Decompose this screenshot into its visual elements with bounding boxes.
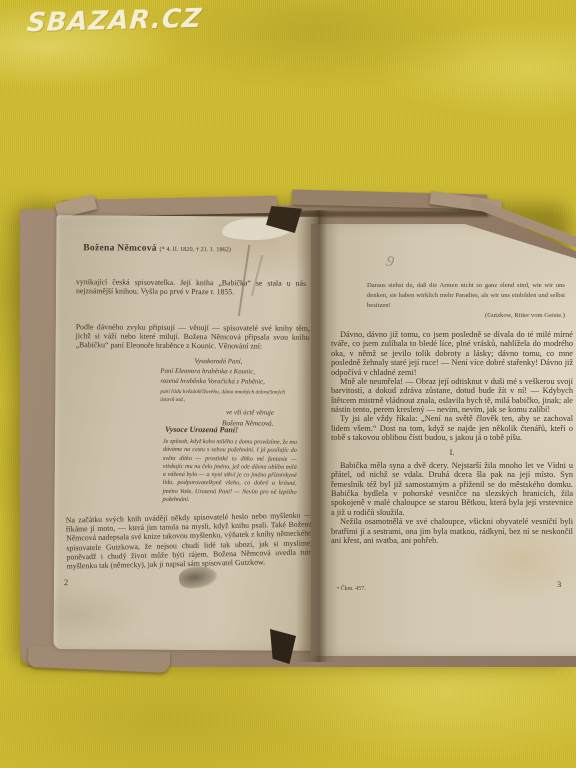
left-page: Božena Němcová (* 4. II. 1820, † 21. 1. … [53,215,318,651]
paragraph: Babička měla syna a dvě dcery. Nejstarší… [331,461,573,517]
german-quote: Daraus siehst du, daß die Armen nicht so… [367,281,565,311]
author-dates: (* 4. II. 1820, † 21. 1. 1862) [160,246,231,253]
dedication-intro-paragraph: Podle dávného zvyku připisují — věnují —… [76,322,310,351]
pencil-mark: 9 [384,253,395,271]
sbazar-watermark: SBAZAR.CZ [26,4,203,39]
page-number-left: 2 [64,577,68,587]
motto-paragraph: Na začátku svých knih uvádějí někdy spis… [66,510,313,570]
paragraph: Ty jsi ale vždy říkala: „Není na světě č… [331,414,573,442]
body-text: Dávno, dávno již tomu, co jsem posledně … [331,330,573,545]
paragraph: Nežila osamotnělá ve své chaloupce, všic… [331,517,573,545]
author-name: Božena Němcová [83,243,157,254]
author-heading: Božena Němcová (* 4. II. 1820, † 21. 1. … [83,243,231,254]
salutation-heading: Vysoce Urozená Paní! [165,425,238,435]
dedication-body-paragraph: Je způsob, když koho milého z domu prová… [163,438,297,505]
german-quote-block: Daraus siehst du, daß die Armen nicht so… [367,281,565,321]
photo-background: SBAZAR.CZ Božena Němcová (* 4. II. 1820,… [0,0,576,768]
dedication-line: ústavů atd., [160,395,312,404]
dedication-line: rozená hraběnka Voračická z Paběnic, [160,377,312,388]
intro-paragraph: vynikající česká spisovatelka. Její knih… [76,277,306,297]
quote-attribution: (Gutzkow, Ritter vom Geiste.) [367,311,565,321]
paragraph: Mně ale neumřela! — Obraz její odtisknut… [331,377,573,415]
dedication-block: Vysokorodá Paní, Paní Eleonora hraběnka … [160,357,312,430]
right-page: 9 Daraus siehst du, daß die Armen nicht … [311,224,576,656]
paragraph: Dávno, dávno již tomu, co jsem posledně … [331,330,573,377]
page-number-right: 3 [557,579,561,589]
print-mark: • Čkm. 457. [337,586,366,592]
section-heading: I. [331,448,573,457]
spine-shadow [296,210,338,662]
